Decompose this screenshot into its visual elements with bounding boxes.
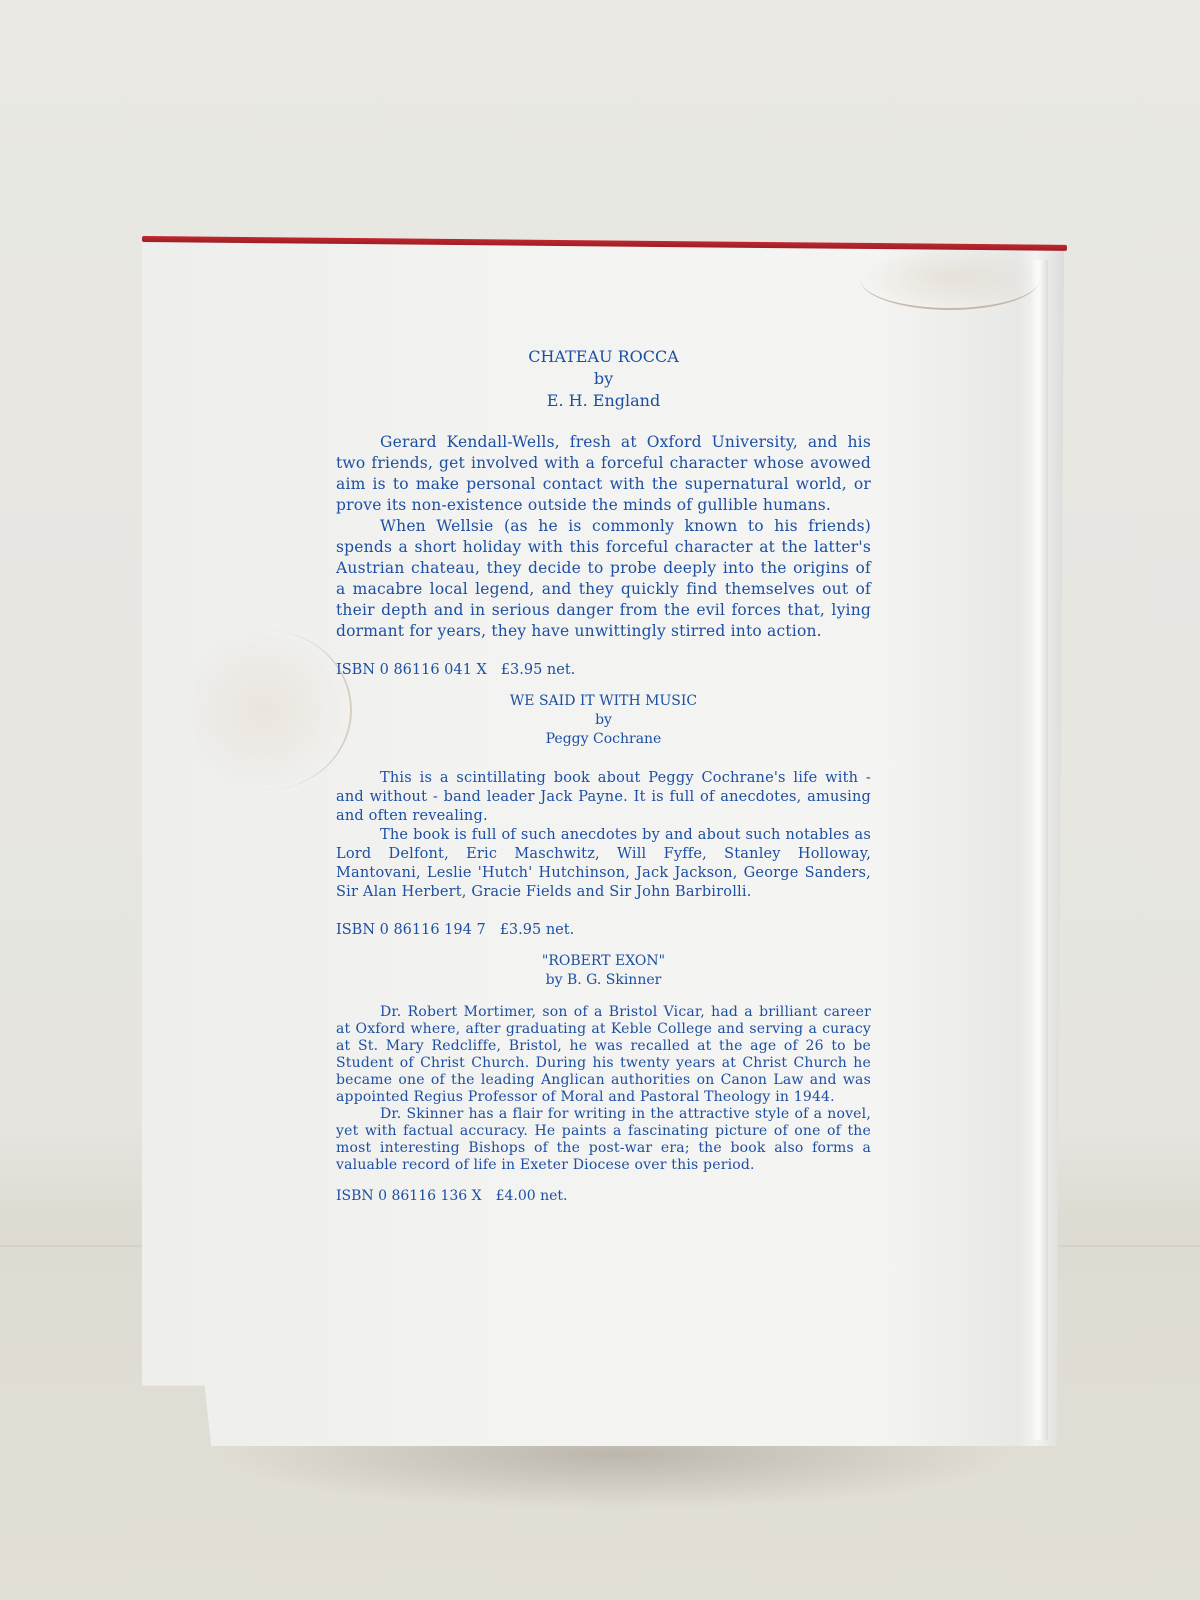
book-description: This is a scintillating book about Peggy… xyxy=(336,769,871,826)
book-description: Dr. Robert Mortimer, son of a Bristol Vi… xyxy=(336,1004,871,1106)
price: £4.00 net. xyxy=(496,1188,568,1204)
price: £3.95 net. xyxy=(501,662,575,678)
book-shadow xyxy=(215,1440,1015,1510)
by-label: by xyxy=(336,711,871,730)
isbn-price: ISBN 0 86116 194 7£3.95 net. xyxy=(336,922,871,938)
book-author: E. H. England xyxy=(336,390,871,412)
isbn-price: ISBN 0 86116 041 X£3.95 net. xyxy=(336,662,871,678)
book-title: CHATEAU ROCCA xyxy=(336,346,871,368)
by-label: by xyxy=(336,368,871,390)
isbn-price: ISBN 0 86116 136 X£4.00 net. xyxy=(336,1188,871,1204)
blurb-text: CHATEAU ROCCA by E. H. England Gerard Ke… xyxy=(336,346,871,1204)
book-entry-chateau-rocca: CHATEAU ROCCA by E. H. England Gerard Ke… xyxy=(336,346,871,678)
book-author: by B. G. Skinner xyxy=(336,971,871,990)
isbn: ISBN 0 86116 194 7 xyxy=(336,922,486,938)
water-stain xyxy=(860,248,1040,310)
book-title: "ROBERT EXON" xyxy=(336,952,871,971)
book-entry-we-said-it-with-music: WE SAID IT WITH MUSIC by Peggy Cochrane … xyxy=(336,692,871,938)
cover-edge-highlight xyxy=(1030,260,1048,1440)
price: £3.95 net. xyxy=(500,922,574,938)
book-title: WE SAID IT WITH MUSIC xyxy=(336,692,871,711)
book-description: Gerard Kendall-Wells, fresh at Oxford Un… xyxy=(336,432,871,516)
book-description: Dr. Skinner has a flair for writing in t… xyxy=(336,1106,871,1174)
isbn: ISBN 0 86116 041 X xyxy=(336,662,487,678)
book-entry-robert-exon: "ROBERT EXON" by B. G. Skinner Dr. Rober… xyxy=(336,952,871,1204)
book-description: The book is full of such anecdotes by an… xyxy=(336,826,871,902)
isbn: ISBN 0 86116 136 X xyxy=(336,1188,482,1204)
book-author: Peggy Cochrane xyxy=(336,730,871,749)
water-stain xyxy=(180,630,352,790)
book-description: When Wellsie (as he is commonly known to… xyxy=(336,516,871,642)
